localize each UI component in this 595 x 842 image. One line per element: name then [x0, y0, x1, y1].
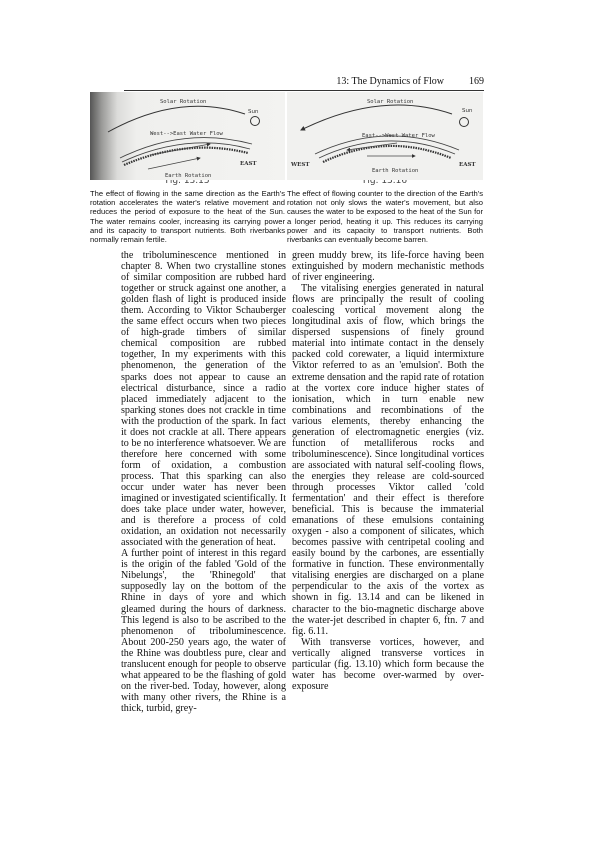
- paragraph: the triboluminescence mentioned in chapt…: [121, 250, 286, 548]
- svg-text:EAST: EAST: [240, 161, 257, 167]
- paragraph: The vitalising energies generated in nat…: [292, 283, 484, 637]
- svg-text:Sun: Sun: [462, 108, 473, 114]
- paragraph: With transverse vortices, however, and v…: [292, 637, 484, 692]
- flow-diagram-illustration: Solar Rotation Sun West-->East Water Flo…: [90, 92, 285, 180]
- paragraph: green muddy brew, its life-force having …: [292, 250, 484, 283]
- flow-diagram-illustration: Solar Rotation Sun East-->West Water Flo…: [287, 92, 483, 180]
- svg-text:Earth Rotation: Earth Rotation: [165, 173, 211, 179]
- figure-caption: The effect of flowing counter to the dir…: [287, 189, 483, 244]
- figure-13-16: Solar Rotation Sun East-->West Water Flo…: [287, 92, 483, 244]
- figure-13-16-diagram: Solar Rotation Sun East-->West Water Flo…: [287, 92, 483, 180]
- figure-caption: The effect of flowing in the same direct…: [90, 189, 285, 244]
- chapter-title: 13: The Dynamics of Flow: [336, 76, 444, 87]
- svg-text:EAST: EAST: [459, 162, 476, 168]
- svg-text:Solar Rotation: Solar Rotation: [367, 99, 413, 105]
- paragraph: A further point of interest in this rega…: [121, 548, 286, 714]
- svg-text:Solar Rotation: Solar Rotation: [160, 99, 206, 105]
- svg-text:WEST: WEST: [290, 162, 310, 168]
- running-header: 13: The Dynamics of Flow 169: [124, 76, 484, 91]
- svg-text:West-->East Water Flow: West-->East Water Flow: [150, 131, 224, 137]
- figure-13-15: Solar Rotation Sun West-->East Water Flo…: [90, 92, 285, 244]
- svg-text:East-->West Water Flow: East-->West Water Flow: [362, 133, 436, 139]
- body-column-right: green muddy brew, its life-force having …: [292, 250, 484, 692]
- svg-text:Sun: Sun: [248, 109, 259, 115]
- body-column-left: the triboluminescence mentioned in chapt…: [121, 250, 286, 714]
- figure-13-15-diagram: Solar Rotation Sun West-->East Water Flo…: [90, 92, 285, 180]
- page-number: 169: [469, 76, 484, 87]
- svg-text:Earth Rotation: Earth Rotation: [372, 168, 418, 174]
